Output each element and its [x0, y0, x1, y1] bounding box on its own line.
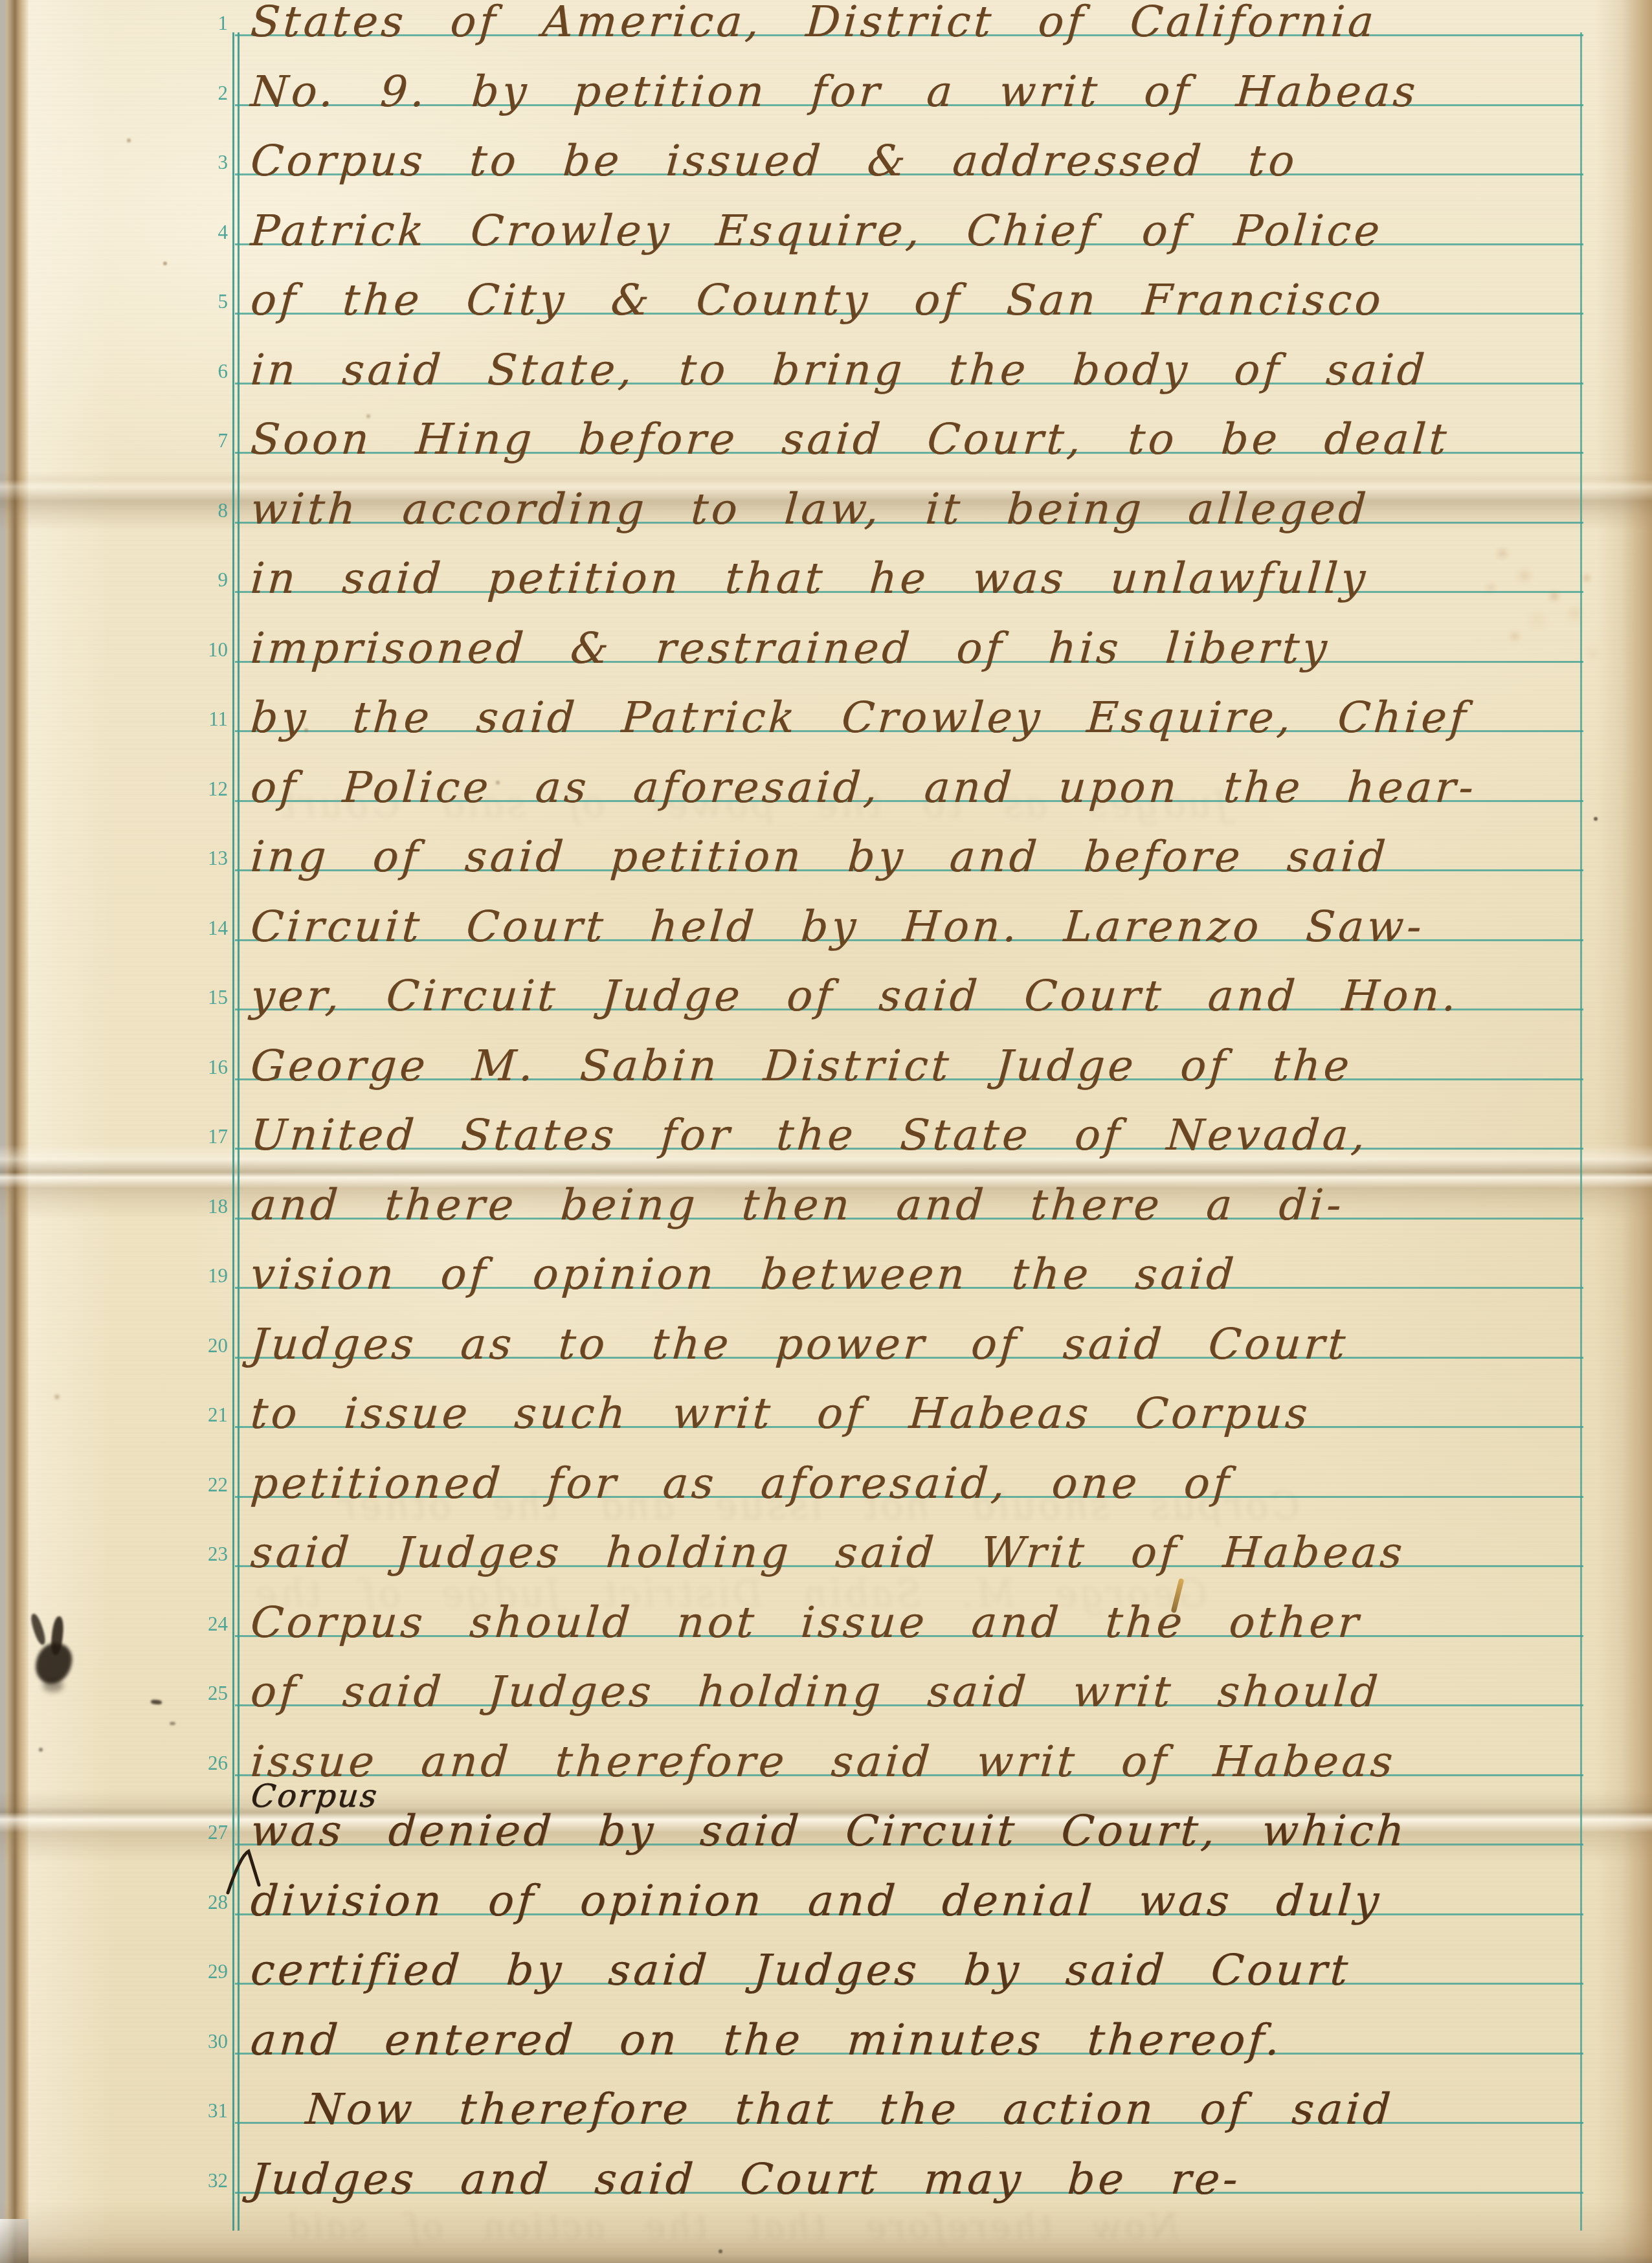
handwritten-text: George M. Sabin District Judge of the — [249, 1045, 1354, 1087]
line-number: 30 — [149, 2030, 228, 2053]
line-number: 5 — [149, 290, 228, 313]
handwritten-text: No. 9. by petition for a writ of Habeas — [249, 71, 1420, 113]
line-number: 23 — [149, 1543, 228, 1566]
handwritten-text: Circuit Court held by Hon. Larenzo Saw- — [249, 906, 1426, 948]
handwritten-text: vision of opinion between the said — [249, 1254, 1238, 1295]
line-number: 8 — [149, 499, 228, 522]
handwritten-text: yer, Circuit Judge of said Court and Hon… — [249, 975, 1460, 1017]
line-number: 12 — [149, 777, 228, 801]
document-page: Judges as to the power of said Court Cor… — [0, 0, 1652, 2263]
line-number: 1 — [149, 12, 228, 35]
line-number: 7 — [149, 429, 228, 452]
handwritten-text: certified by said Judges by said Court — [249, 1950, 1352, 1991]
line-number: 32 — [149, 2169, 228, 2192]
handwritten-text: in said petition that he was unlawfully — [249, 558, 1370, 599]
left-margin-rule-outer — [232, 32, 234, 2231]
line-number: 4 — [149, 221, 228, 244]
handwritten-text: to issue such writ of Habeas Corpus — [249, 1393, 1312, 1434]
handwritten-text: Soon Hing before said Court, to be dealt — [249, 419, 1451, 460]
line-number: 18 — [149, 1195, 228, 1218]
handwritten-text: ing of said petition by and before said — [249, 836, 1390, 878]
caret-icon — [225, 1849, 265, 1895]
line-number: 20 — [149, 1334, 228, 1357]
handwritten-text: Judges as to the power of said Court — [249, 1324, 1350, 1365]
left-margin-rule-inner — [238, 32, 240, 2231]
handwritten-text: by the said Patrick Crowley Esquire, Chi… — [249, 697, 1470, 739]
handwritten-text: petitioned for as aforesaid, one of — [249, 1463, 1234, 1504]
line-number: 24 — [149, 1612, 228, 1636]
line-number: 2 — [149, 82, 228, 105]
handwritten-text: Corpus should not issue and the other — [249, 1602, 1363, 1644]
handwritten-text: United States for the State of Nevada, — [249, 1115, 1370, 1156]
line-number: 16 — [149, 1056, 228, 1079]
paper-edge-left — [0, 0, 28, 2263]
line-number: 6 — [149, 360, 228, 383]
handwritten-text: of said Judges holding said writ should — [249, 1671, 1382, 1713]
handwritten-text: Corpus to be issued & addressed to — [249, 140, 1299, 182]
line-number: 27 — [149, 1821, 228, 1844]
insertion-word: Corpus — [249, 1778, 380, 1814]
line-number: 10 — [149, 638, 228, 662]
line-number: 13 — [149, 847, 228, 870]
line-number: 17 — [149, 1125, 228, 1148]
line-number: 21 — [149, 1403, 228, 1427]
line-number: 19 — [149, 1264, 228, 1288]
foxing-stains — [0, 0, 4, 4]
handwritten-text: division of opinion and denial was duly — [249, 1880, 1383, 1922]
handwritten-text: Judges and said Court may be re- — [249, 2159, 1242, 2200]
handwritten-text: issue and therefore said writ of Habeas — [249, 1741, 1397, 1783]
handwritten-text: was denied by said Circuit Court, which — [249, 1811, 1409, 1852]
handwritten-text: States of America, District of Californi… — [249, 1, 1378, 43]
handwritten-text: and there being then and there a di- — [249, 1185, 1346, 1226]
handwritten-text: and entered on the minutes thereof. — [249, 2020, 1284, 2061]
bleed-through-text: Now therefore that the action of said — [284, 2206, 1181, 2247]
paper-edge-right — [1596, 0, 1652, 2263]
handwritten-text: Patrick Crowley Esquire, Chief of Police — [249, 210, 1384, 252]
line-number: 26 — [149, 1752, 228, 1775]
line-number: 29 — [149, 1960, 228, 1983]
handwritten-text: with according to law, it being alleged — [249, 489, 1370, 530]
handwritten-text: said Judges holding said Writ of Habeas — [249, 1532, 1407, 1574]
handwritten-text: of the City & County of San Francisco — [249, 280, 1385, 321]
line-number: 14 — [149, 917, 228, 940]
line-number: 9 — [149, 568, 228, 592]
line-number: 11 — [149, 708, 228, 731]
line-number: 31 — [149, 2099, 228, 2123]
paper-edge-left-highlight — [28, 0, 113, 2263]
line-number: 3 — [149, 151, 228, 174]
line-number: 15 — [149, 986, 228, 1009]
paper-corner-bottom-left — [0, 2219, 28, 2263]
handwritten-text: of Police as aforesaid, and upon the hea… — [249, 767, 1478, 808]
handwritten-text: imprisoned & restrained of his liberty — [249, 628, 1332, 669]
right-margin-rule — [1580, 32, 1582, 2231]
handwritten-text: in said State, to bring the body of said — [249, 350, 1429, 391]
handwritten-text: Now therefore that the action of said — [304, 2089, 1395, 2130]
line-number: 28 — [149, 1891, 228, 1914]
line-number: 22 — [149, 1473, 228, 1497]
